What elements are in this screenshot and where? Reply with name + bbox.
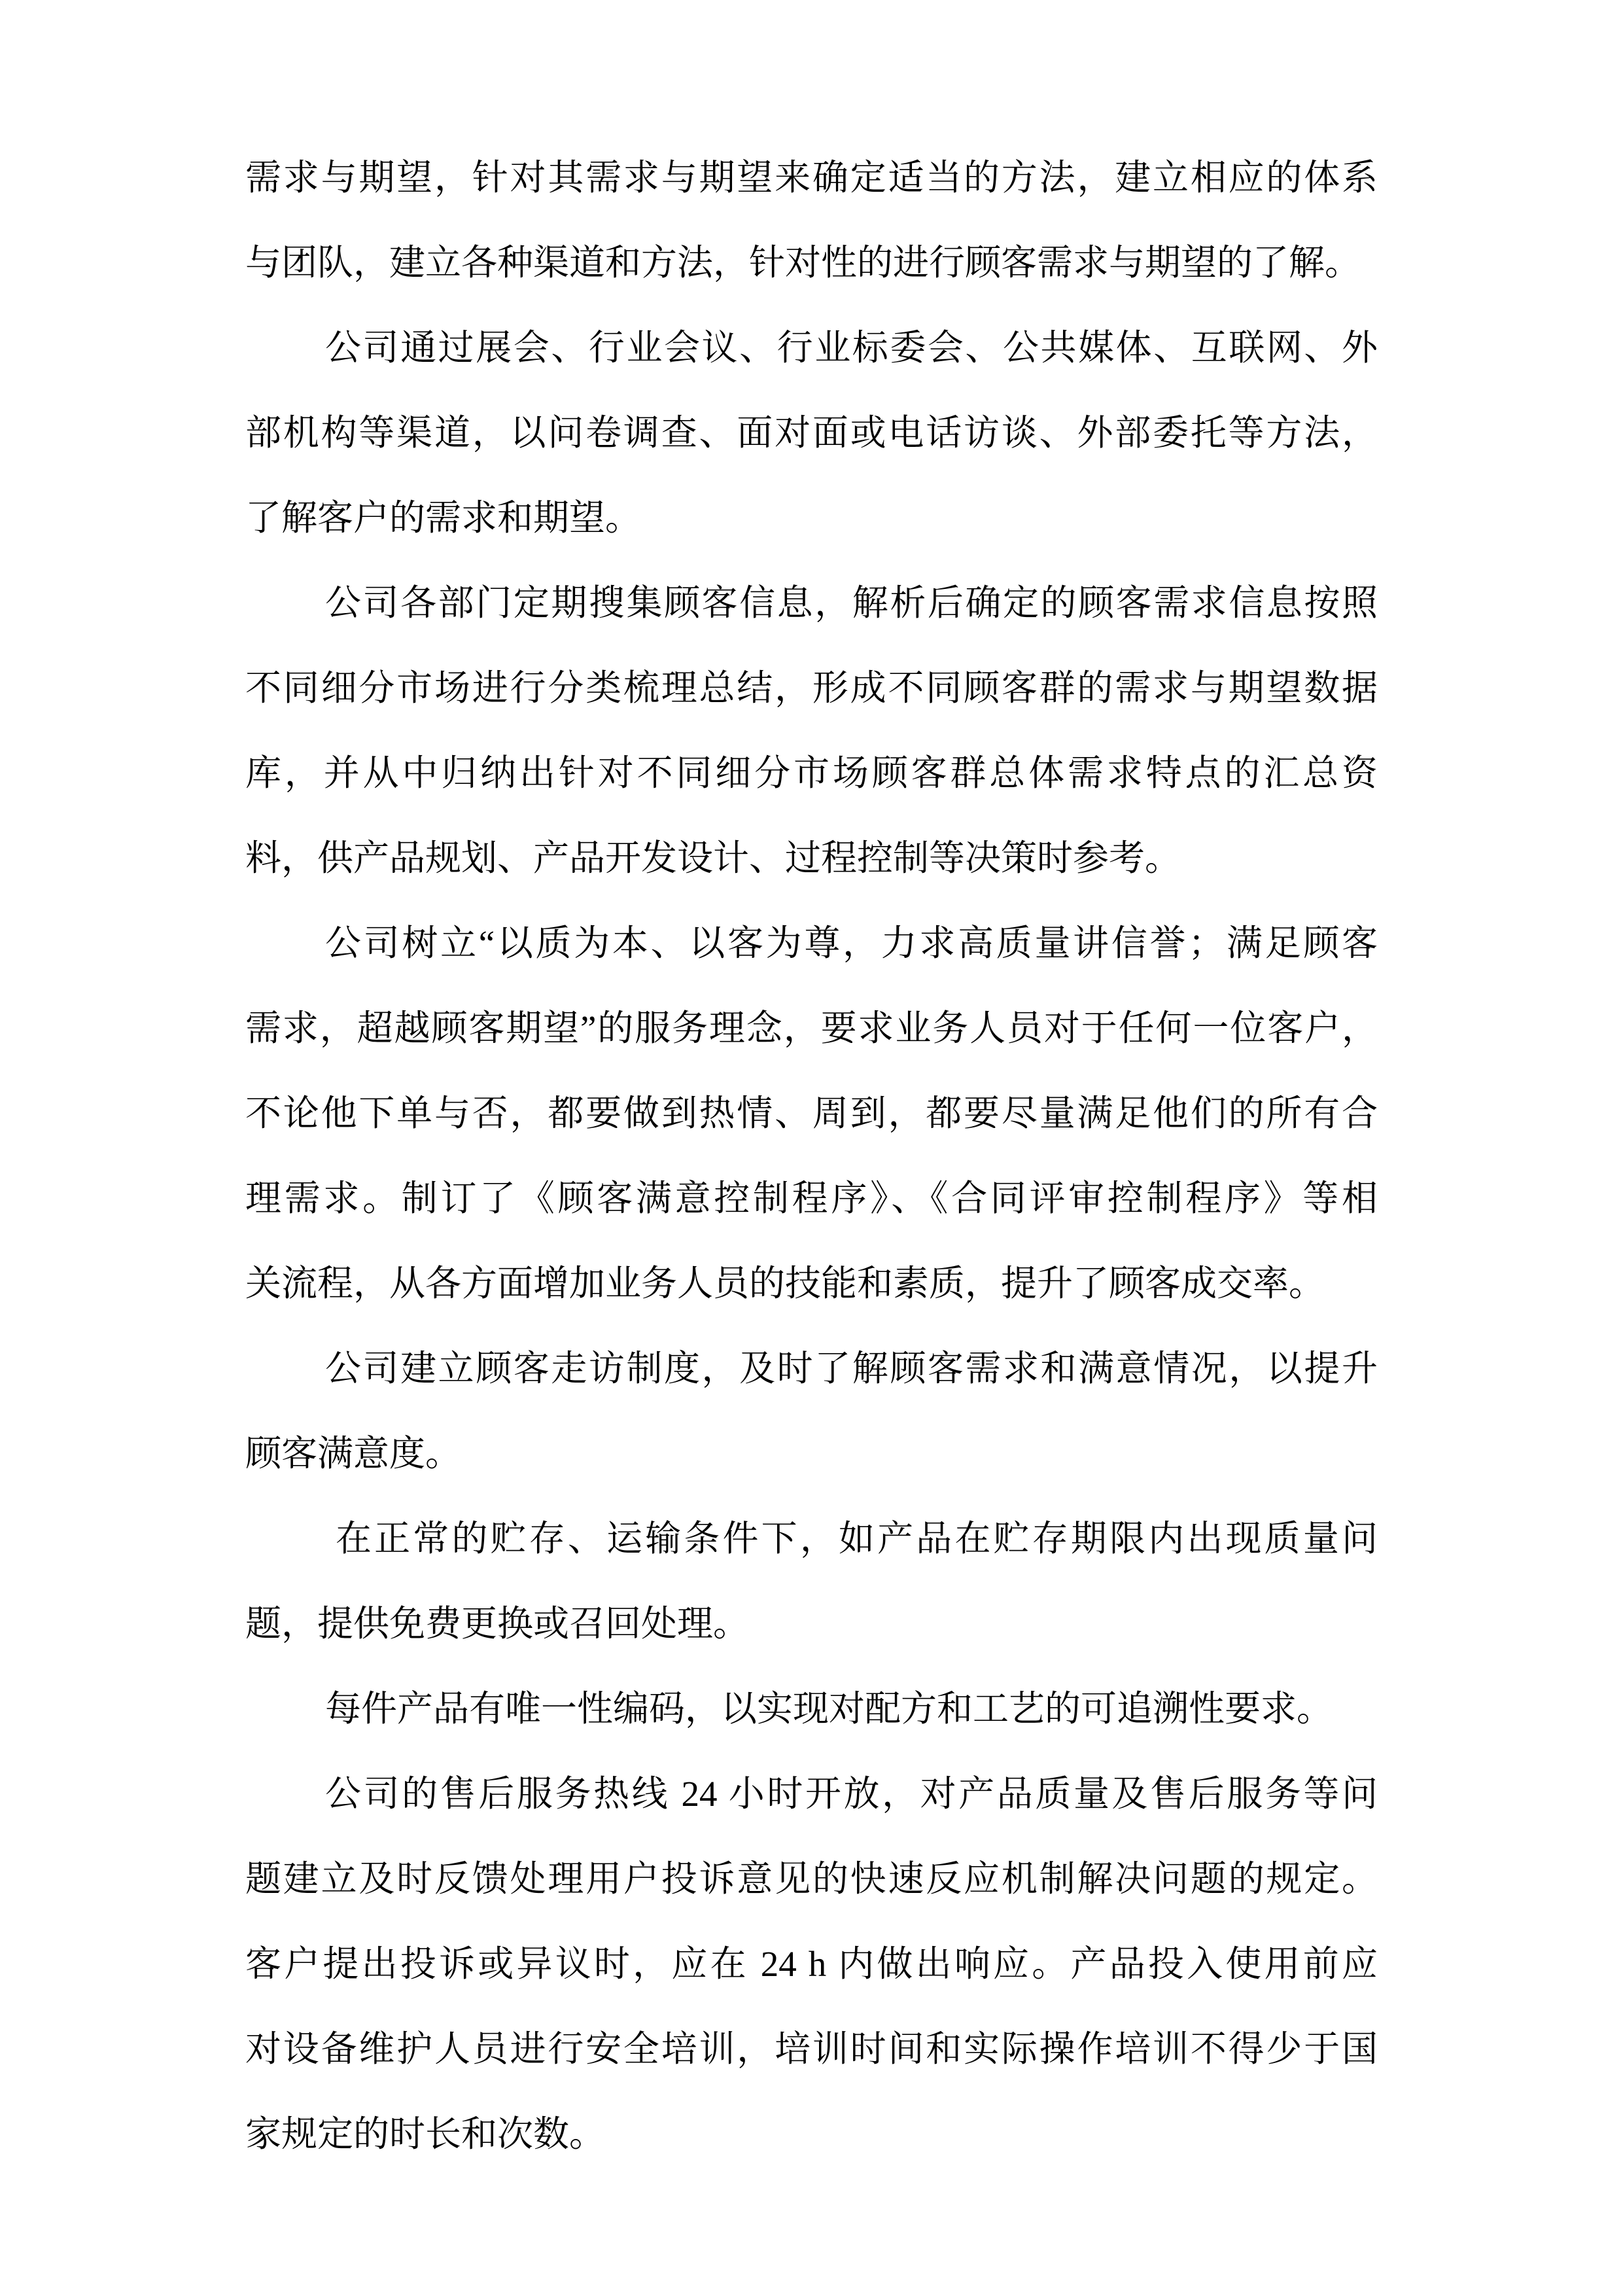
text-line: 公司的售后服务热线 24 小时开放，对产品质量及售后服务等问 [245, 1752, 1378, 1837]
text-line: 不论他下单与否，都要做到热情、周到，都要尽量满足他们的所有合 [245, 1071, 1378, 1156]
paragraph: 公司树立“以质为本、以客为尊，力求高质量讲信誉；满足顾客需求，超越顾客期望”的服… [245, 901, 1378, 1326]
text-line: 需求与期望，针对其需求与期望来确定适当的方法，建立相应的体系 [245, 135, 1378, 221]
text-line: 了解客户的需求和期望。 [245, 476, 1378, 561]
paragraph: 公司通过展会、行业会议、行业标委会、公共媒体、互联网、外部机构等渠道，以问卷调查… [245, 306, 1378, 561]
paragraph: 需求与期望，针对其需求与期望来确定适当的方法，建立相应的体系与团队，建立各种渠道… [245, 135, 1378, 306]
text-line: 在正常的贮存、运输条件下，如产品在贮存期限内出现质量问 [245, 1496, 1378, 1581]
text-line: 库，并从中归纳出针对不同细分市场顾客群总体需求特点的汇总资 [245, 731, 1378, 816]
text-line: 理需求。制订了《顾客满意控制程序》、《合同评审控制程序》等相 [245, 1156, 1378, 1241]
text-line: 不同细分市场进行分类梳理总结，形成不同顾客群的需求与期望数据 [245, 646, 1378, 731]
text-line: 与团队，建立各种渠道和方法，针对性的进行顾客需求与期望的了解。 [245, 221, 1378, 306]
document-page: 需求与期望，针对其需求与期望来确定适当的方法，建立相应的体系与团队，建立各种渠道… [0, 0, 1623, 2296]
paragraph: 每件产品有唯一性编码，以实现对配方和工艺的可追溯性要求。 [245, 1667, 1378, 1752]
paragraph: 公司各部门定期搜集顾客信息，解析后确定的顾客需求信息按照不同细分市场进行分类梳理… [245, 561, 1378, 901]
paragraph: 在正常的贮存、运输条件下，如产品在贮存期限内出现质量问题，提供免费更换或召回处理… [245, 1496, 1378, 1667]
text-line: 料，供产品规划、产品开发设计、过程控制等决策时参考。 [245, 816, 1378, 901]
paragraph: 公司的售后服务热线 24 小时开放，对产品质量及售后服务等问题建立及时反馈处理用… [245, 1752, 1378, 2177]
text-line: 题，提供免费更换或召回处理。 [245, 1581, 1378, 1667]
text-line: 每件产品有唯一性编码，以实现对配方和工艺的可追溯性要求。 [245, 1667, 1378, 1752]
text-line: 客户提出投诉或异议时，应在 24 h 内做出响应。产品投入使用前应 [245, 1922, 1378, 2007]
text-line: 公司通过展会、行业会议、行业标委会、公共媒体、互联网、外 [245, 306, 1378, 391]
text-line: 关流程，从各方面增加业务人员的技能和素质，提升了顾客成交率。 [245, 1241, 1378, 1326]
text-line: 公司建立顾客走访制度，及时了解顾客需求和满意情况，以提升 [245, 1326, 1378, 1411]
text-line: 对设备维护人员进行安全培训，培训时间和实际操作培训不得少于国 [245, 2007, 1378, 2092]
text-line: 需求，超越顾客期望”的服务理念，要求业务人员对于任何一位客户， [245, 986, 1378, 1071]
text-line: 公司树立“以质为本、以客为尊，力求高质量讲信誉；满足顾客 [245, 901, 1378, 986]
text-line: 部机构等渠道，以问卷调查、面对面或电话访谈、外部委托等方法， [245, 391, 1378, 476]
text-line: 题建立及时反馈处理用户投诉意见的快速反应机制解决问题的规定。 [245, 1837, 1378, 1922]
text-line: 家规定的时长和次数。 [245, 2092, 1378, 2177]
paragraph: 公司建立顾客走访制度，及时了解顾客需求和满意情况，以提升顾客满意度。 [245, 1326, 1378, 1496]
document-text-block: 需求与期望，针对其需求与期望来确定适当的方法，建立相应的体系与团队，建立各种渠道… [245, 135, 1378, 2177]
text-line: 公司各部门定期搜集顾客信息，解析后确定的顾客需求信息按照 [245, 561, 1378, 646]
text-line: 顾客满意度。 [245, 1411, 1378, 1496]
